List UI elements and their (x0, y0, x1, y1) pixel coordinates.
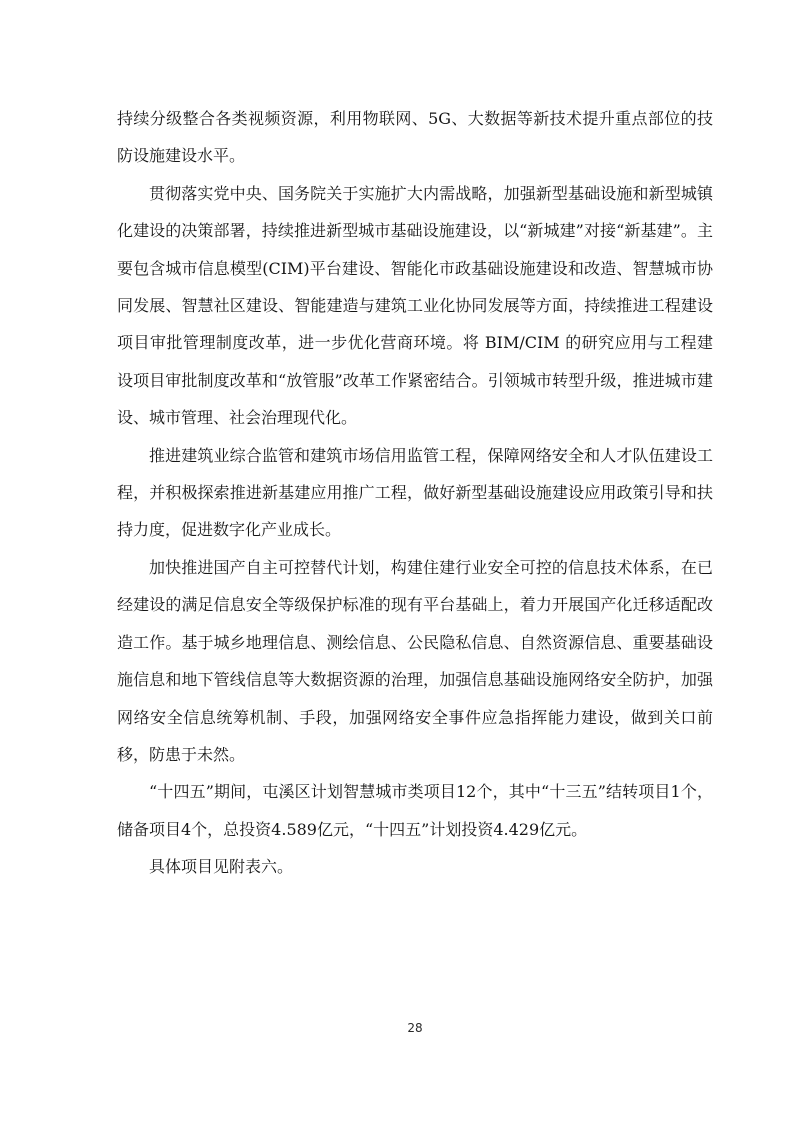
paragraph: 具体项目见附表六。 (117, 848, 713, 885)
paragraph: 贯彻落实党中央、国务院关于实施扩大内需战略，加强新型基础设施和新型城镇化建设的决… (117, 175, 713, 437)
paragraph: “十四五”期间，屯溪区计划智慧城市类项目12个，其中“十三五”结转项目1个，储备… (117, 773, 713, 848)
paragraph: 加快推进国产自主可控替代计划，构建住建行业安全可控的信息技术体系，在已经建设的满… (117, 549, 713, 773)
document-page: 持续分级整合各类视频资源，利用物联网、5G、大数据等新技术提升重点部位的技防设施… (0, 0, 793, 1122)
paragraph: 推进建筑业综合监管和建筑市场信用监管工程，保障网络安全和人才队伍建设工程，并积极… (117, 437, 713, 549)
page-number: 28 (117, 1020, 713, 1036)
paragraph: 持续分级整合各类视频资源，利用物联网、5G、大数据等新技术提升重点部位的技防设施… (117, 100, 713, 175)
document-body: 持续分级整合各类视频资源，利用物联网、5G、大数据等新技术提升重点部位的技防设施… (117, 100, 713, 886)
